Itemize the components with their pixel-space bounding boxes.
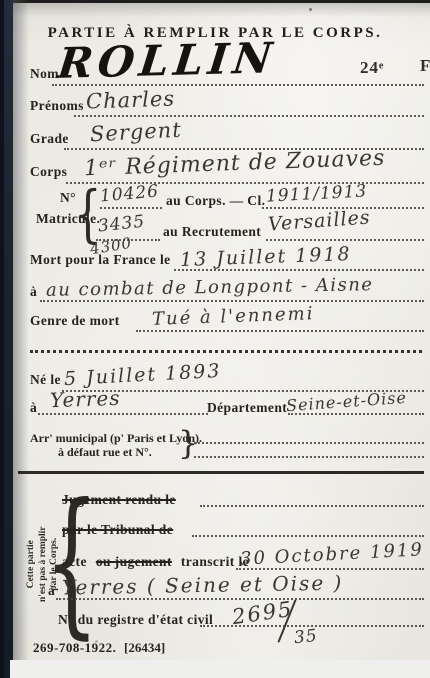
dotted-line <box>192 535 424 537</box>
dotted-line <box>194 442 424 444</box>
field-label-registre: N° du registre d'état civil <box>58 612 213 628</box>
dotted-line <box>136 330 424 332</box>
field-label-tribunal: par le Tribunal de <box>62 522 173 538</box>
corner-stamp-letter: F <box>420 56 430 76</box>
label-au-recrutement: au Recrutement <box>163 224 261 240</box>
sidebar-note-line: Cette partie <box>26 499 38 629</box>
field-value-prenoms: Charles <box>86 86 176 113</box>
dotted-line <box>200 505 424 507</box>
field-label-ne-a: à <box>30 400 37 416</box>
field-value-acte-a: Yerres ( Seine et Oise ) <box>62 571 344 600</box>
field-label-acte-a: à <box>48 583 55 599</box>
field-label-jugement: Jugement rendu le <box>62 492 176 508</box>
field-value-classe: 1911/1913 <box>266 181 368 206</box>
field-value-corps: 1ᵉʳ Régiment de Zouaves <box>84 146 386 182</box>
field-value-acte-date: 30 Octobre 1919 <box>240 539 425 570</box>
field-label-acte-2: transcrit le <box>181 554 249 569</box>
field-label-acte-struck: ou jugement <box>96 554 172 569</box>
field-value-nom: ROLLIN <box>55 33 279 88</box>
field-value-ne-a: Yerres <box>50 386 121 412</box>
field-value-matricule-corps: 10426 <box>99 181 160 206</box>
dotted-line <box>74 115 424 117</box>
field-label-corps: Corps <box>30 164 67 180</box>
dotted-line <box>40 300 424 302</box>
field-value-grade: Sergent <box>89 118 182 147</box>
matricule-brace: { <box>74 183 102 245</box>
field-label-nom: Nom <box>30 66 59 82</box>
field-label-grade: Grade <box>30 131 69 147</box>
dotted-line <box>66 182 424 184</box>
scan-top-shadow <box>0 3 430 17</box>
field-value-matricule-recrutement: 3435 <box>97 212 146 237</box>
field-label-mort-le: Mort pour la France le <box>30 252 171 268</box>
scan-left-edge-navy <box>4 0 13 678</box>
field-label-departement: Département <box>207 400 287 416</box>
corner-stamp-number: 24ᵉ <box>360 58 384 78</box>
field-label-genre-mort: Genre de mort <box>30 313 120 329</box>
field-value-mort-a: au combat de Longpont - Aisne <box>46 274 374 301</box>
field-label-arr-municipal-2: à défaut rue et N°. <box>58 445 152 460</box>
dotted-line <box>266 239 424 241</box>
footer-reference: [26434] <box>124 640 165 656</box>
section-separator <box>30 350 422 353</box>
field-label-acte: acte <box>62 554 87 569</box>
field-label-ne-le: Né le <box>30 372 61 388</box>
field-label-arr-municipal-1: Arr' municipal (p' Paris et Lyon). <box>30 431 202 446</box>
scan-bottom-edge <box>10 660 430 678</box>
field-value-mort-le: 13 Juillet 1918 <box>180 243 352 271</box>
field-label-acte-row: acte ou jugement transcrit le <box>62 553 249 571</box>
field-label-mort-a: à <box>30 284 37 300</box>
paper-speck <box>309 8 312 11</box>
field-value-ne-le: 5 Juillet 1893 <box>64 360 222 390</box>
record-card: PARTIE À REMPLIR PAR LE CORPS. Nom ROLLI… <box>0 0 430 678</box>
field-value-recrutement-place: Versailles <box>267 206 371 235</box>
footer-imprint: 269-708-1922. <box>33 640 116 656</box>
dotted-line <box>100 207 162 209</box>
field-value-registre-2: 35 <box>293 626 319 648</box>
field-value-genre-mort: Tué à l'ennemi <box>152 303 315 330</box>
dotted-line <box>38 413 208 415</box>
field-label-prenoms: Prénoms <box>30 98 84 114</box>
dotted-line <box>194 456 424 458</box>
label-au-corps: au Corps. — Cl. <box>166 193 265 209</box>
